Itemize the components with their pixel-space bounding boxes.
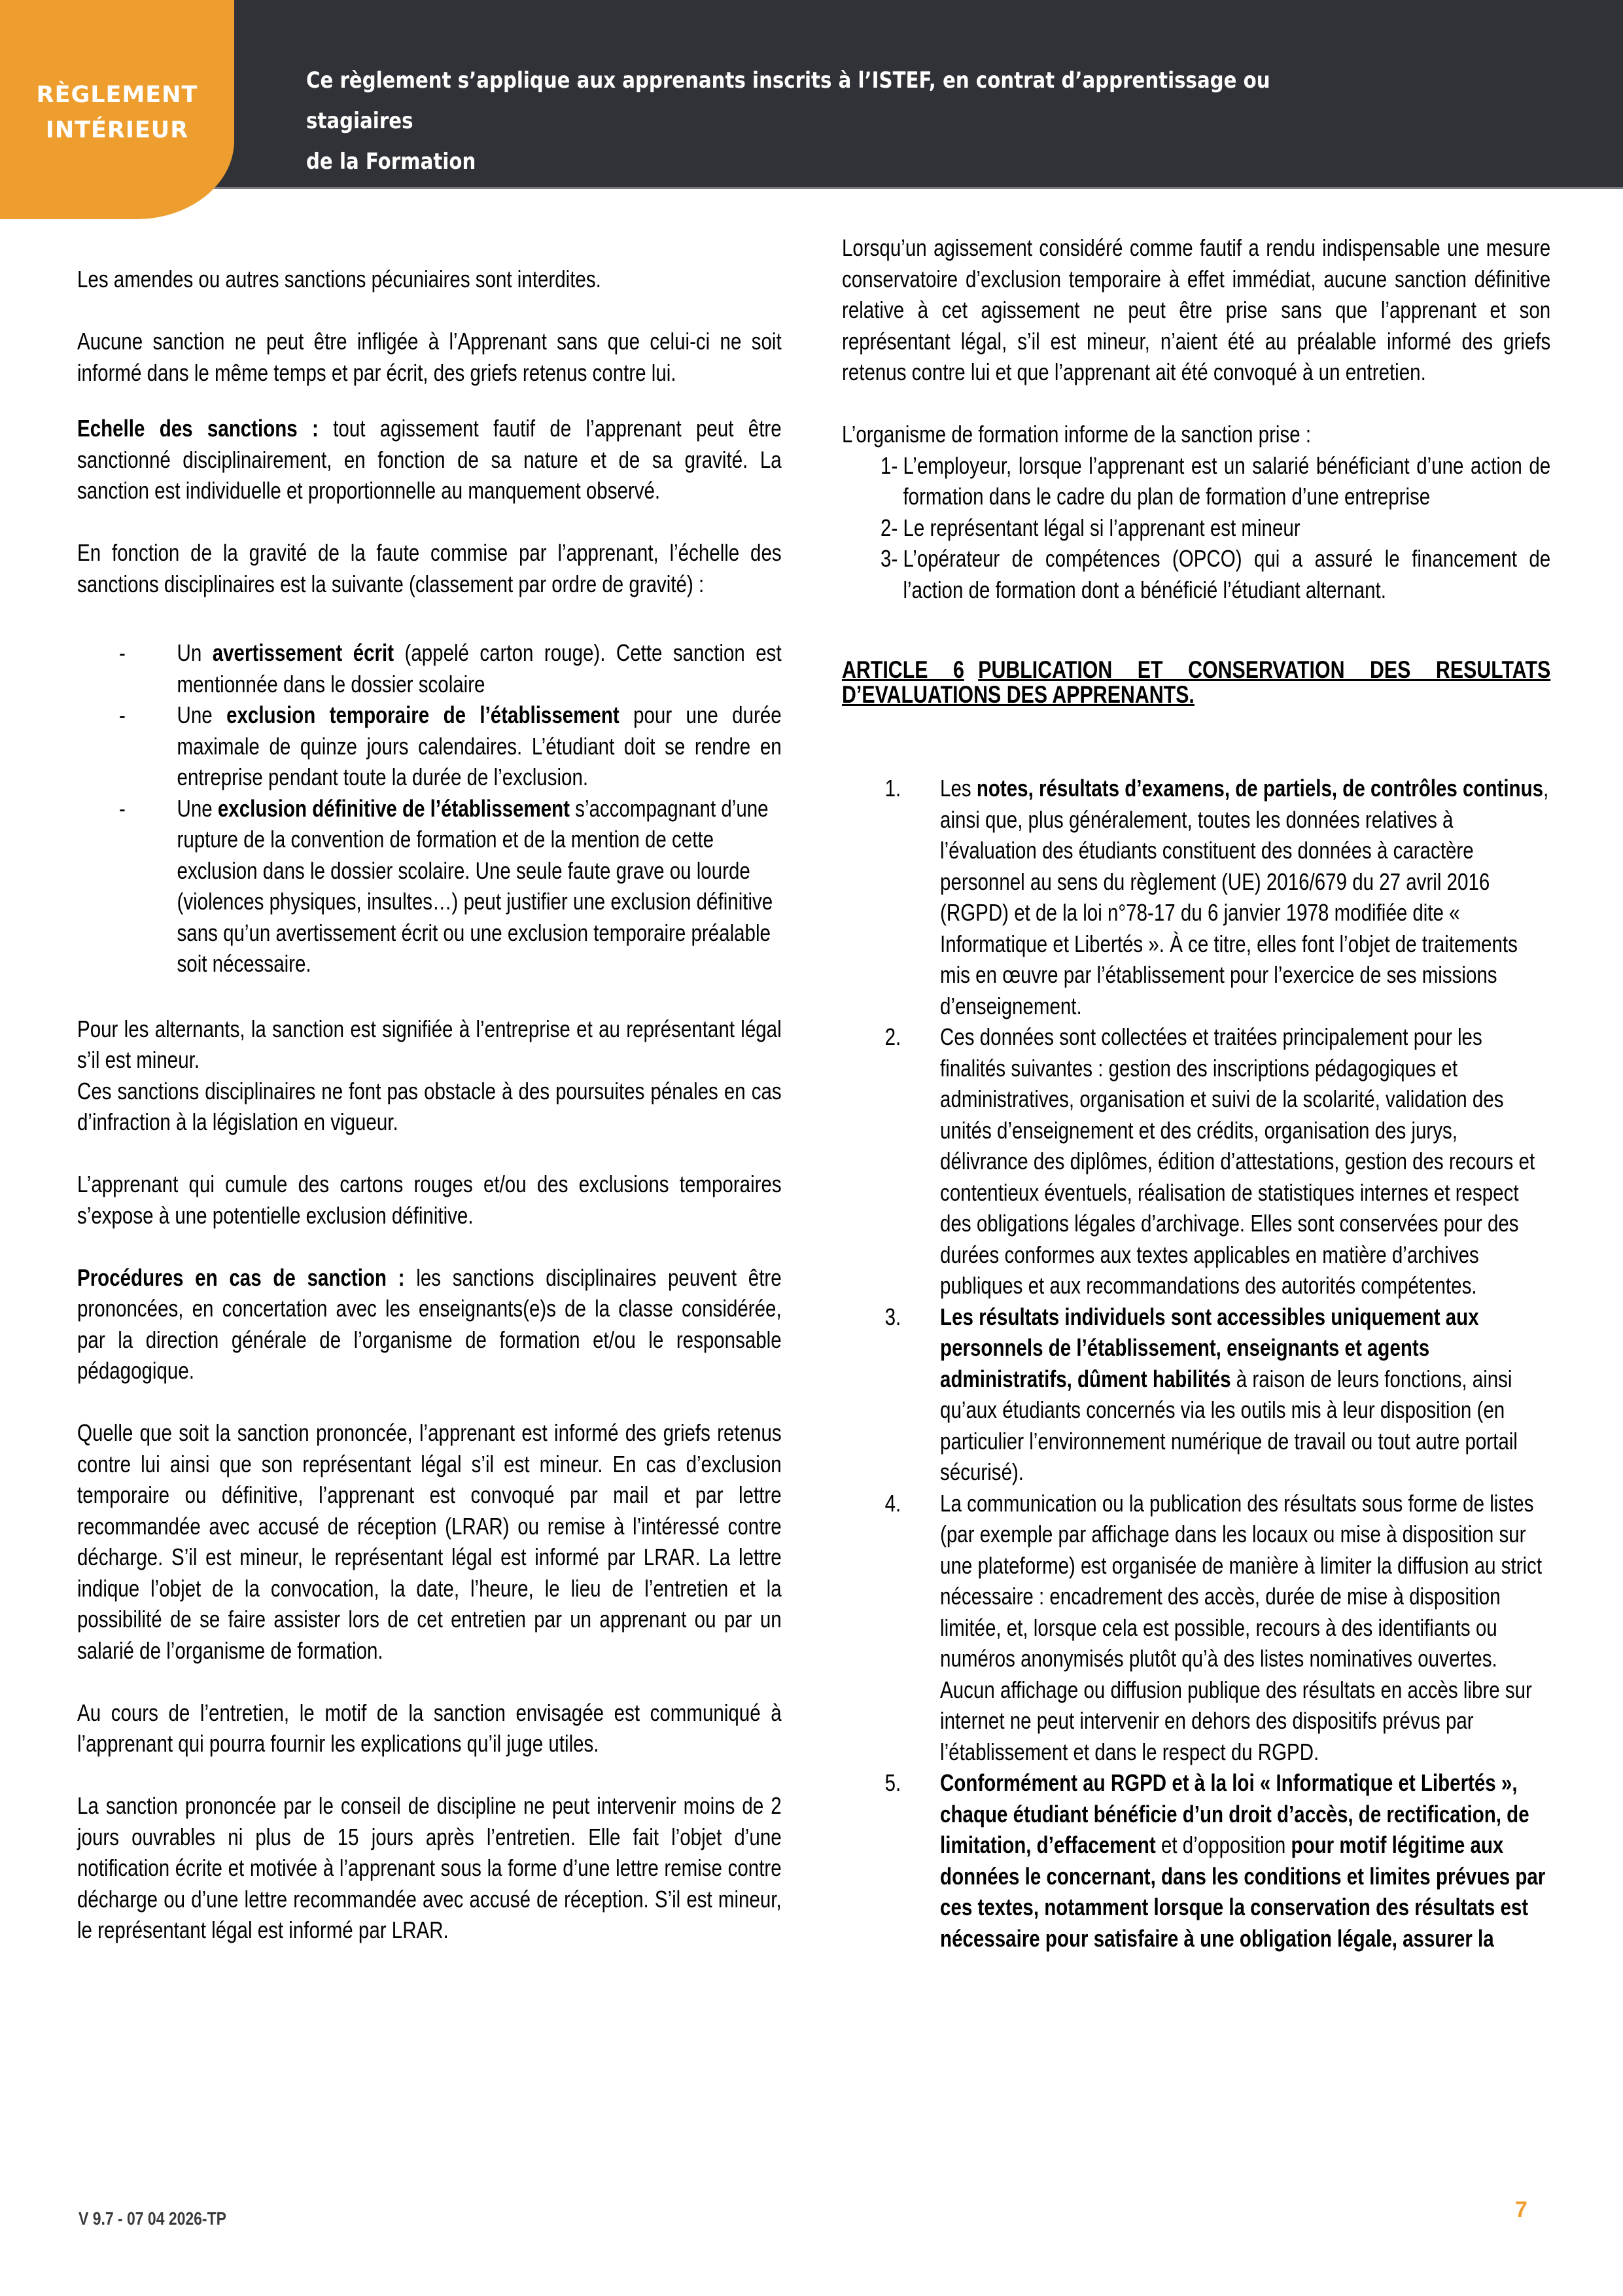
paragraph: Echelle des sanctions : tout agissement … bbox=[77, 413, 782, 506]
list-item: -Une exclusion définitive de l’établisse… bbox=[77, 793, 782, 980]
list-marker: 1- bbox=[881, 450, 898, 482]
list-item: 1-L’employeur, lorsque l’apprenant est u… bbox=[842, 450, 1550, 512]
header-subtitle-line1: Ce règlement s’applique aux apprenants i… bbox=[306, 60, 1375, 141]
paragraph: Aucune sanction ne peut être infligée à … bbox=[77, 326, 782, 388]
list-item: 3-L’opérateur de compétences (OPCO) qui … bbox=[842, 543, 1550, 605]
list-item: 5.Conformément au RGPD et à la loi « Inf… bbox=[842, 1767, 1550, 1954]
right-column: Lorsqu’un agissement considéré comme fau… bbox=[842, 232, 1550, 1954]
list-item: 3.Les résultats individuels sont accessi… bbox=[842, 1301, 1550, 1488]
paragraph: L’apprenant qui cumule des cartons rouge… bbox=[77, 1169, 782, 1231]
paragraph: Pour les alternants, la sanction est sig… bbox=[77, 1014, 782, 1076]
list-marker: 5. bbox=[885, 1767, 901, 1799]
paragraph: Quelle que soit la sanction prononcée, l… bbox=[77, 1417, 782, 1666]
article-number: ARTICLE 6 bbox=[842, 656, 964, 683]
list-marker: 1. bbox=[885, 773, 901, 804]
sanctions-list: -Un avertissement écrit (appelé carton r… bbox=[77, 637, 782, 980]
bold-lead: Procédures en cas de sanction : bbox=[77, 1264, 405, 1291]
list-marker: 4. bbox=[885, 1488, 901, 1519]
header-subtitle-line2: de la Formation bbox=[306, 141, 1375, 182]
list-marker: 3. bbox=[885, 1301, 901, 1333]
paragraph: La sanction prononcée par le conseil de … bbox=[77, 1790, 782, 1946]
paragraph: Ces sanctions disciplinaires ne font pas… bbox=[77, 1076, 782, 1138]
paragraph: Lorsqu’un agissement considéré comme fau… bbox=[842, 232, 1550, 388]
article-items-list: 1.Les notes, résultats d’examens, de par… bbox=[842, 773, 1550, 1954]
article-heading: ARTICLE 6PUBLICATION ET CONSERVATION DES… bbox=[842, 658, 1550, 707]
dash-marker: - bbox=[119, 793, 126, 824]
list-marker: 3- bbox=[881, 543, 898, 574]
header-bar: Ce règlement s’applique aux apprenants i… bbox=[0, 0, 1623, 189]
list-marker: 2- bbox=[881, 512, 898, 544]
paragraph: En fonction de la gravité de la faute co… bbox=[77, 537, 782, 599]
list-item: 2.Ces données sont collectées et traitée… bbox=[842, 1021, 1550, 1301]
paragraph: L’organisme de formation informe de la s… bbox=[842, 419, 1550, 450]
document-version: V 9.7 - 07 04 2026-TP bbox=[79, 2208, 226, 2229]
tab-title-line1: RÈGLEMENT bbox=[0, 77, 234, 113]
header-subtitle: Ce règlement s’applique aux apprenants i… bbox=[306, 60, 1375, 182]
list-item: -Un avertissement écrit (appelé carton r… bbox=[77, 637, 782, 699]
page-number: 7 bbox=[1515, 2197, 1527, 2223]
dash-marker: - bbox=[119, 637, 126, 669]
list-item: 1.Les notes, résultats d’examens, de par… bbox=[842, 773, 1550, 1021]
list-marker: 2. bbox=[885, 1021, 901, 1053]
list-item: 2-Le représentant légal si l’apprenant e… bbox=[842, 512, 1550, 544]
paragraph: Procédures en cas de sanction : les sanc… bbox=[77, 1262, 782, 1386]
bold-lead: Echelle des sanctions : bbox=[77, 415, 319, 442]
informed-parties-list: 1-L’employeur, lorsque l’apprenant est u… bbox=[842, 450, 1550, 606]
list-item: 4.La communication ou la publication des… bbox=[842, 1488, 1550, 1768]
document-type-tab: RÈGLEMENT INTÉRIEUR bbox=[0, 0, 234, 219]
paragraph: Les amendes ou autres sanctions pécuniai… bbox=[77, 264, 782, 295]
left-column: Les amendes ou autres sanctions pécuniai… bbox=[77, 264, 782, 1946]
tab-title-line2: INTÉRIEUR bbox=[0, 113, 234, 148]
dash-marker: - bbox=[119, 699, 126, 731]
paragraph: Au cours de l’entretien, le motif de la … bbox=[77, 1697, 782, 1759]
document-type-title: RÈGLEMENT INTÉRIEUR bbox=[0, 77, 234, 148]
list-item: -Une exclusion temporaire de l’établisse… bbox=[77, 699, 782, 793]
